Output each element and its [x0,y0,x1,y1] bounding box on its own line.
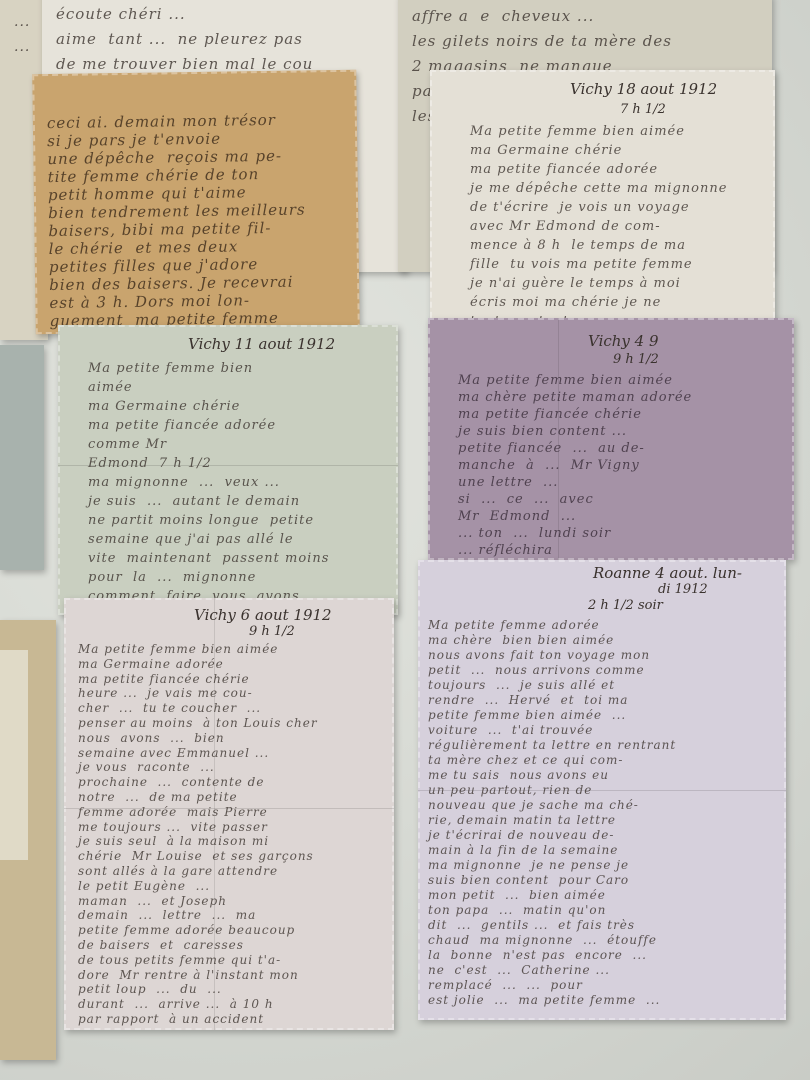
letter-date-header-2: di 1912 [658,582,708,597]
left-edge-inner-note [0,650,28,860]
letter-time: 9 h 1/2 [613,352,659,367]
letter-4-aout-roanne: Roanne 4 aout. lun- di 1912 2 h 1/2 soir… [418,560,786,1020]
letter-time: 7 h 1/2 [620,102,666,117]
letter-time: 9 h 1/2 [249,624,295,639]
letter-date-header: Vichy 11 aout 1912 [188,335,335,353]
letter-date-header: Vichy 4 9 [588,332,659,350]
letter-6-aout: Vichy 6 aout 1912 9 h 1/2 Ma petite femm… [64,598,394,1030]
letter-date-header: Vichy 6 aout 1912 [194,606,332,624]
letter-11-aout: Vichy 11 aout 1912 Ma petite femme bien … [58,325,398,615]
letter-date-header: Roanne 4 aout. lun- [593,564,742,582]
letter-date-header: Vichy 18 aout 1912 [570,80,717,98]
letter-18-aout: Vichy 18 aout 1912 7 h 1/2 Ma petite fem… [430,70,775,338]
letter-tan-card: ceci ai. demain mon trésor si je pars je… [32,70,360,334]
letter-time: 2 h 1/2 soir [588,598,663,613]
letter-purple: Vichy 4 9 9 h 1/2 Ma petite femme bien a… [428,318,794,560]
left-edge-letter-green [0,345,44,570]
left-edge-letter-tan [0,620,56,1060]
